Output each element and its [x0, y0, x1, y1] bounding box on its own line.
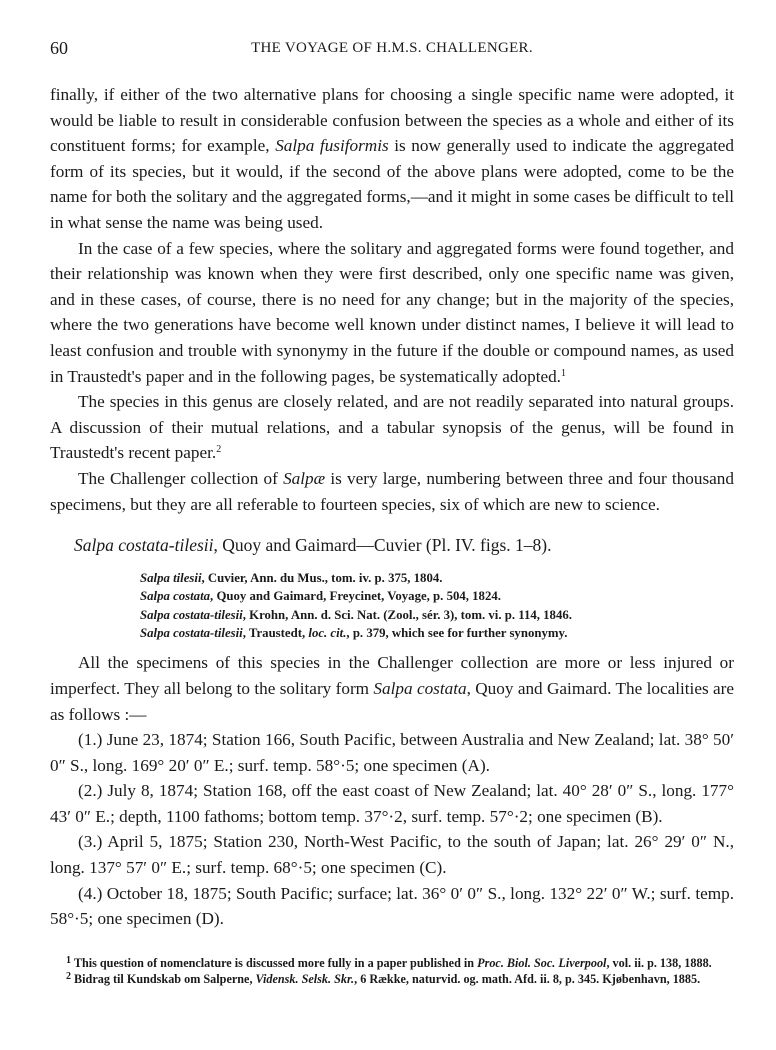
- synonymy-entry: Salpa tilesii, Cuvier, Ann. du Mus., tom…: [140, 569, 734, 587]
- paragraph-4: The Challenger collection of Salpæ is ve…: [50, 466, 734, 517]
- locality-2: (2.) July 8, 1874; Station 168, off the …: [50, 778, 734, 829]
- footnotes: 1 This question of nomenclature is discu…: [50, 956, 734, 987]
- paragraph-2: In the case of a few species, where the …: [50, 236, 734, 390]
- locality-3: (3.) April 5, 1875; Station 230, North-W…: [50, 829, 734, 880]
- footnote-ref-1[interactable]: 1: [561, 368, 566, 379]
- footnote-1: 1 This question of nomenclature is discu…: [50, 956, 734, 972]
- species-name: Salpa costata-tilesii: [74, 535, 214, 555]
- main-text: finally, if either of the two alternativ…: [50, 82, 734, 932]
- paragraph-5: All the specimens of this species in the…: [50, 650, 734, 727]
- italic-taxon: Salpa costata: [373, 679, 466, 698]
- italic-taxon: Salpa fusiformis: [275, 136, 389, 155]
- locality-4: (4.) October 18, 1875; South Pacific; su…: [50, 881, 734, 932]
- synonymy-entry: Salpa costata, Quoy and Gaimard, Freycin…: [140, 587, 734, 605]
- footnote-2: 2 Bidrag til Kundskab om Salperne, Viden…: [50, 972, 734, 988]
- species-heading: Salpa costata-tilesii, Quoy and Gaimard—…: [50, 533, 734, 559]
- synonymy-entry: Salpa costata-tilesii, Krohn, Ann. d. Sc…: [140, 606, 734, 624]
- running-header: 60 THE VOYAGE OF H.M.S. CHALLENGER.: [50, 38, 734, 62]
- locality-1: (1.) June 23, 1874; Station 166, South P…: [50, 727, 734, 778]
- paragraph-3: The species in this genus are closely re…: [50, 389, 734, 466]
- footnote-ref-2[interactable]: 2: [216, 444, 221, 455]
- italic-taxon: Salpæ: [283, 469, 325, 488]
- paragraph-1: finally, if either of the two alternativ…: [50, 82, 734, 236]
- synonymy-entry: Salpa costata-tilesii, Traustedt, loc. c…: [140, 624, 734, 642]
- synonymy-list: Salpa tilesii, Cuvier, Ann. du Mus., tom…: [140, 569, 734, 643]
- running-title: THE VOYAGE OF H.M.S. CHALLENGER.: [50, 40, 734, 57]
